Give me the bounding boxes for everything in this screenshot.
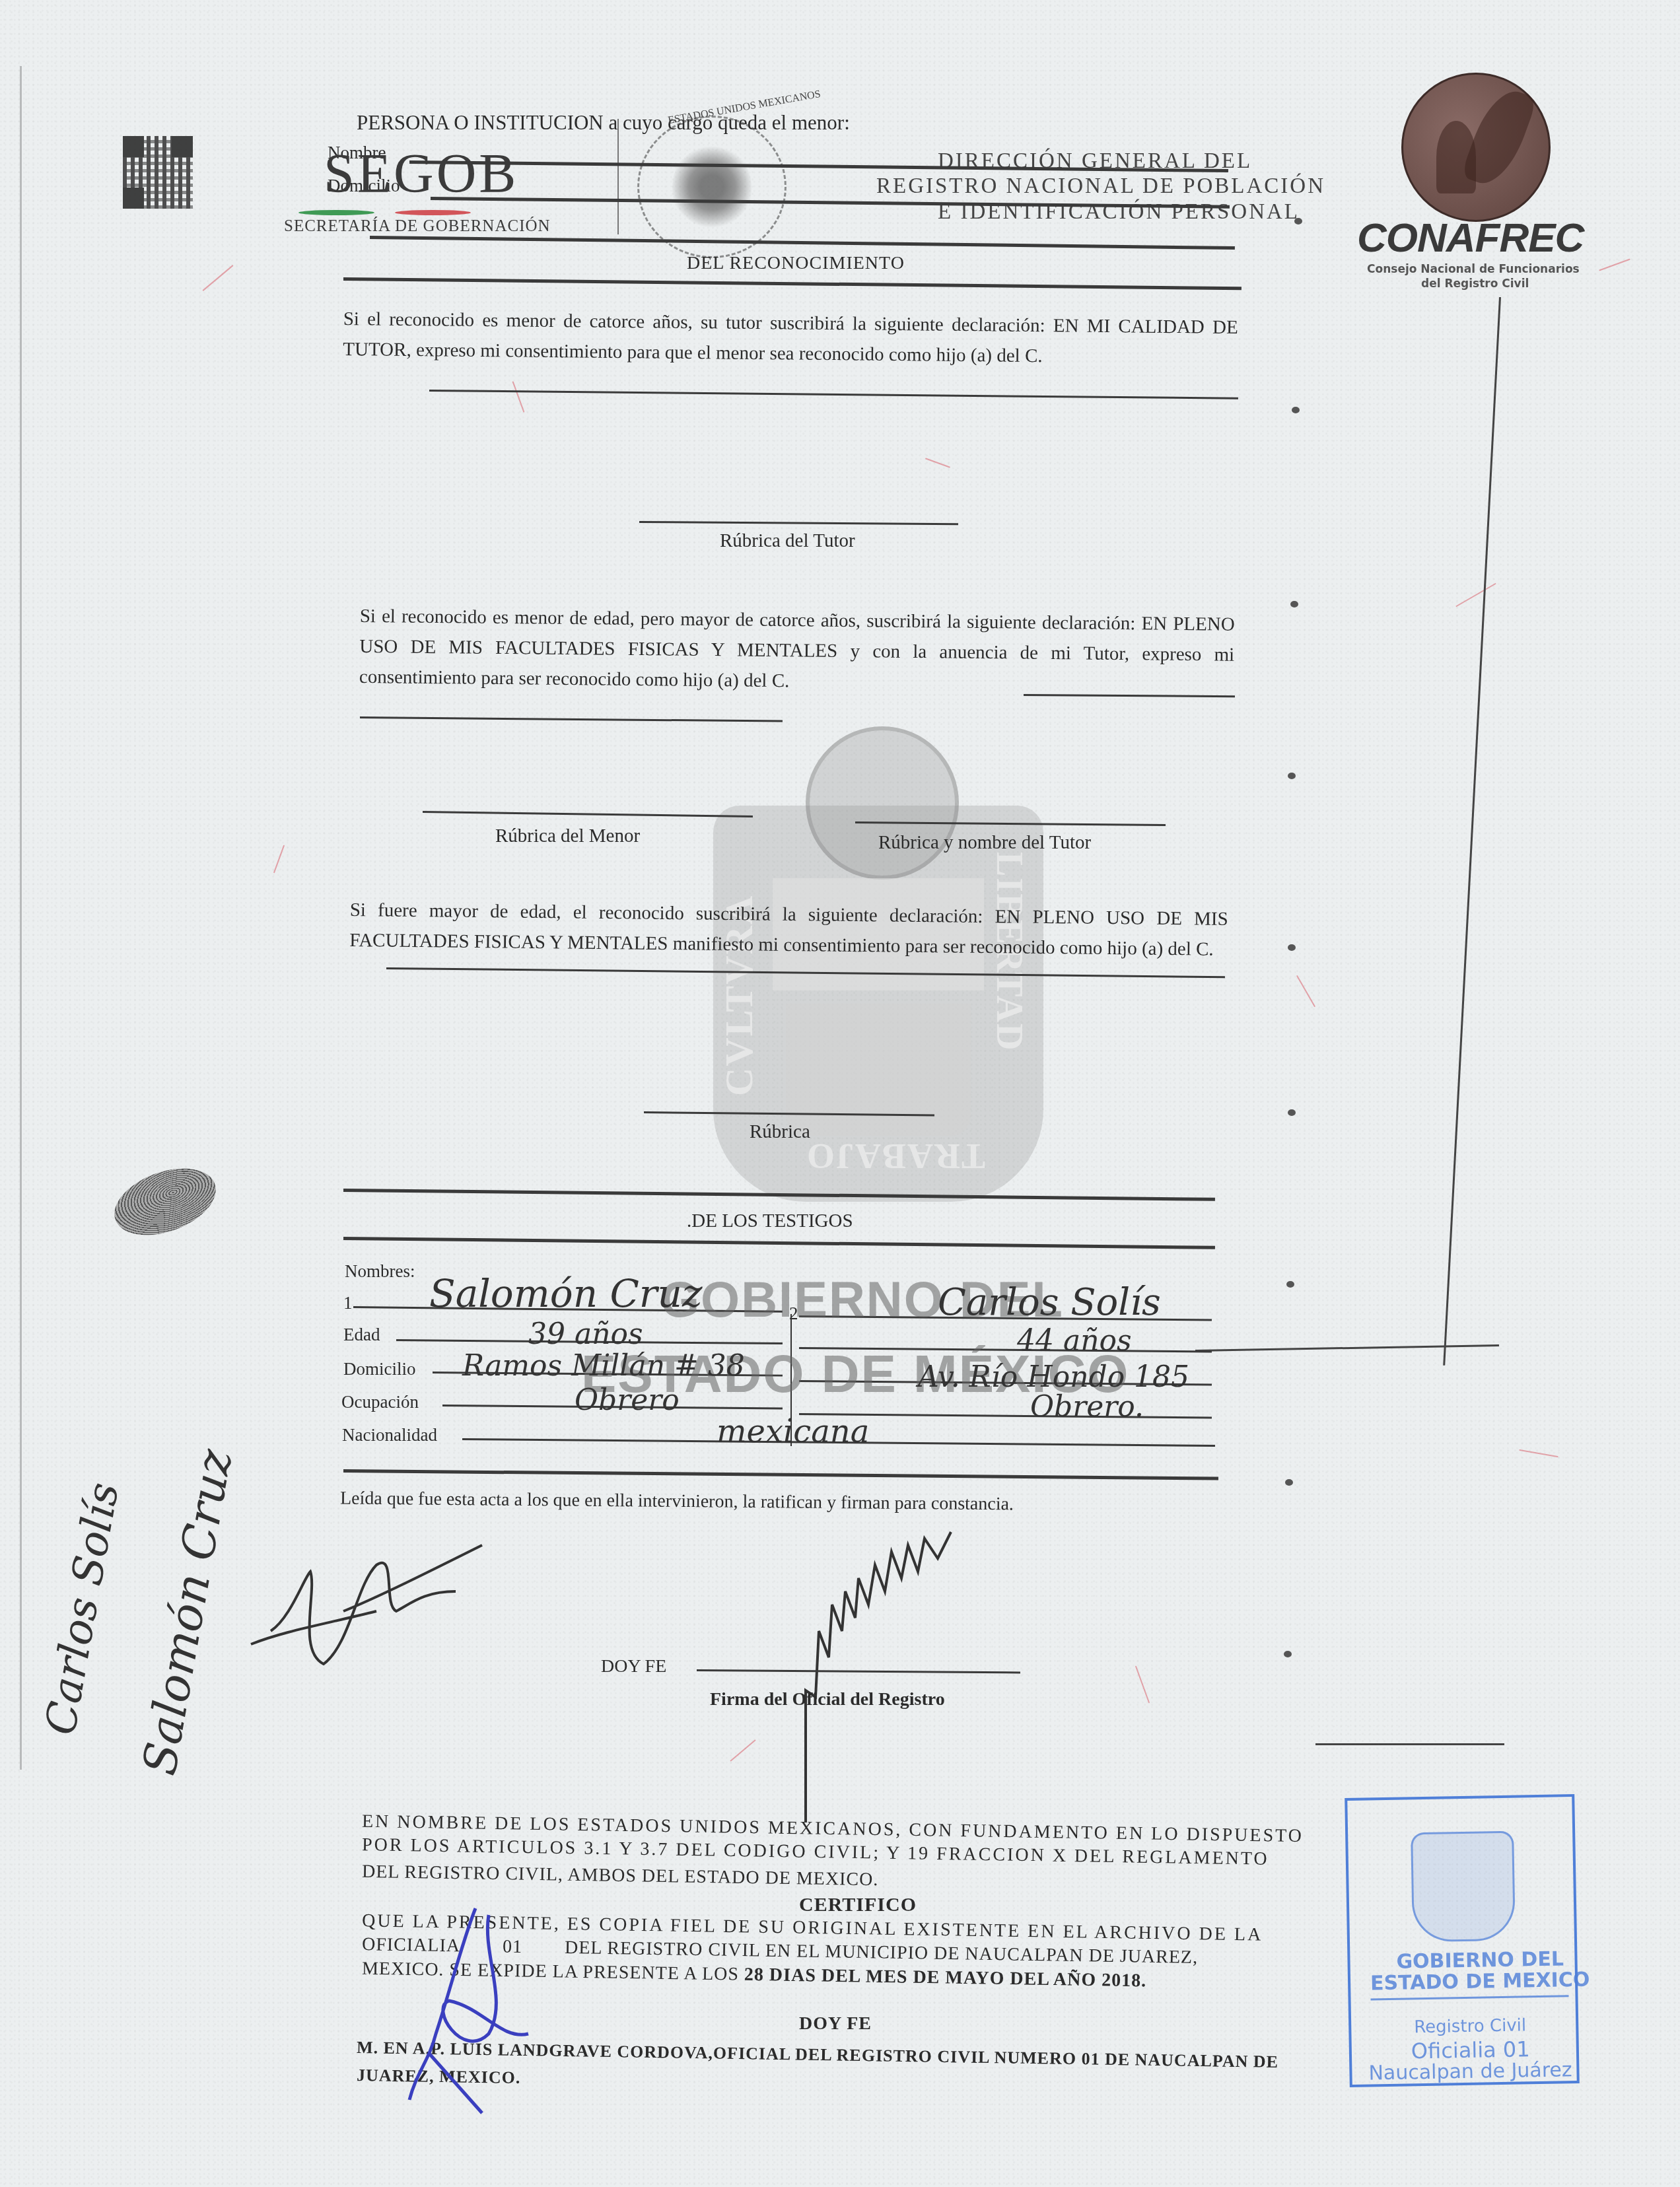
segob-logo: SEGOB (324, 147, 518, 202)
doy-fe-label: DOY FE (601, 1657, 666, 1676)
edad-label: Edad (343, 1326, 380, 1344)
conafrec-subtitle-1: Consejo Nacional de Funcionarios (1367, 264, 1580, 275)
stamp-shield-icon (1411, 1831, 1516, 1943)
open-book-icon (786, 1004, 971, 1136)
segob-subtitle: SECRETARÍA DE GOBERNACIÓN (284, 218, 551, 234)
rubrica-label: Rúbrica (750, 1123, 810, 1142)
oficial-signature-icon (779, 1525, 1017, 1829)
copy-border (1315, 1743, 1504, 1745)
testigo-2-ocupacion: Obrero. (1030, 1390, 1144, 1424)
certifico-heading: CERTIFICO (799, 1895, 917, 1915)
domicilio-testigo-label: Domicilio (343, 1360, 416, 1378)
nombres-label: Nombres: (345, 1263, 415, 1280)
conafrec-logo: CONAFREC (1357, 218, 1584, 259)
punch-dot (1288, 944, 1296, 951)
rubrica-menor-label: Rúbrica del Menor (495, 827, 640, 846)
registro-civil-stamp: GOBIERNO DEL ESTADO DE MEXICO Registro C… (1345, 1794, 1580, 2087)
declaracion-mayor-edad: Si fuere mayor de edad, el reconocido su… (349, 895, 1228, 965)
estado-mexico-shield-watermark: CVLTVRA LIBERTAD TRABAJO (687, 726, 1070, 1202)
persona-institucion-label: PERSONA O INSTITUCION a cuyo cargo queda… (357, 112, 850, 133)
punch-dot (1292, 407, 1300, 413)
testigo-2-edad: 44 años (1017, 1324, 1132, 1358)
stamp-line-municipio: Naucalpan de Juárez (1368, 2058, 1572, 2085)
direccion-general-line2: REGISTRO NACIONAL DE POBLACIÓN (876, 176, 1325, 197)
nacionalidad-value: mexicana (717, 1413, 869, 1450)
punch-dot (1288, 1109, 1296, 1116)
blue-pen-signature-icon (390, 1902, 548, 2120)
header-divider (617, 119, 619, 234)
testigo-2-nombre: Carlos Solís (938, 1281, 1161, 1324)
conafrec-subtitle-2: del Registro Civil (1421, 279, 1529, 290)
ocupacion-label: Ocupación (341, 1393, 419, 1411)
testigo-1-ocupacion: Obrero (575, 1383, 680, 1417)
nacionalidad-label: Nacionalidad (342, 1426, 437, 1444)
declaracion-menor-14: Si el reconocido es menor de catorce año… (343, 304, 1238, 373)
conafrec-emblem-icon (1401, 73, 1551, 222)
declaracion-mayor-14: Si el reconocido es menor de edad, pero … (359, 601, 1235, 701)
shield-bottom-motto: TRABAJO (806, 1136, 985, 1177)
rubrica-tutor-label: Rúbrica del Tutor (720, 532, 855, 551)
mexico-coat-of-arms-icon (637, 116, 787, 258)
testigo-1-domicilio: Ramos Millán # 38 (462, 1349, 745, 1383)
punch-dot (1286, 1281, 1294, 1288)
punch-dot (1290, 601, 1298, 607)
copy-border (20, 66, 22, 1770)
stamp-line-registro: Registro Civil (1414, 2015, 1526, 2037)
testigo-1-number: 1 (343, 1294, 353, 1312)
rubrica-nombre-tutor-label: Rúbrica y nombre del Tutor (878, 833, 1091, 852)
section-title-testigos: .DE LOS TESTIGOS (687, 1212, 853, 1231)
testigo-1-edad: 39 años (528, 1317, 643, 1351)
doy-fe-certificacion: DOY FE (799, 2014, 872, 2034)
firma-oficial-label: Firma del Oficial del Registro (710, 1690, 945, 1709)
stamp-divider (1371, 1995, 1569, 2000)
segob-red-bar (395, 210, 471, 215)
segob-green-bar (298, 210, 374, 215)
stamp-line-estado: ESTADO DE MEXICO (1370, 1968, 1590, 1996)
punch-dot (1288, 773, 1296, 779)
eagle-medallion-icon (806, 726, 959, 880)
punch-dot (1284, 1651, 1292, 1657)
section-title-reconocimiento: DEL RECONOCIMIENTO (687, 254, 905, 273)
testigo-1-nombre: Salomón Cruz (429, 1271, 703, 1316)
qr-code-icon (123, 136, 193, 209)
punch-dot (1285, 1479, 1293, 1486)
testigo-2-domicilio: Av. Río Hondo 185 (918, 1360, 1189, 1394)
testigo-signature-icon (244, 1532, 522, 1677)
